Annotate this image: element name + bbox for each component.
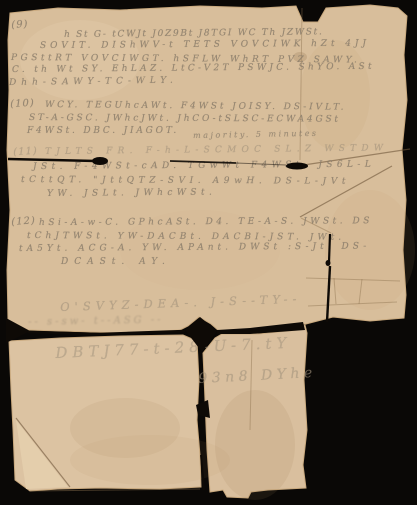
footer-line-1: O'SVYZ-DEA-. J-S--TY--: [60, 292, 302, 314]
majority-annotation: majority. 5 minutes: [193, 129, 319, 140]
section-12-line-3: tA5Yt. ACG-A. YW. APAnt. DWSt :S-Jt. DS-: [19, 242, 370, 254]
section-11-line-1: TJLTS FR. F-h-L-SCMOC SL.Z WSTDW: [45, 143, 388, 157]
section-10-line-2: ST-A-GSC. JWhcJWt. JhCO-tSLSC-ECWA4GSt: [29, 113, 341, 125]
section-12-line-4: DCASt. AY.: [61, 257, 171, 267]
section-11-label: (11): [13, 146, 38, 158]
section-10-label: (10): [10, 98, 35, 110]
section-9-line-2: SOVIT. DIShWV-t TETS VOVCIWK hZt 4JJ: [40, 39, 370, 51]
footer-line-2-smudged: -- s-sw- t--ASG --: [28, 315, 164, 328]
section-9-line-1: h St G- tCWJt J0Z9Bt J8TGI WC Th JZWSt.: [64, 27, 324, 40]
footer-line-4: 93n8 DYhe: [198, 365, 317, 387]
manuscript-photograph: (9) h St G- tCWJt J0Z9Bt J8TGI WC Th JZW…: [0, 0, 417, 505]
section-12-line-1: hSi-A-w-C. GPhcASt. D4. TE-A-S. JWSt. DS: [39, 216, 373, 228]
section-9-line-5: Dhh-SAWY-TC-WLY.: [9, 76, 178, 88]
handwriting-layer: (9) h St G- tCWJt J0Z9Bt J8TGI WC Th JZW…: [0, 0, 417, 505]
section-10-line-1: WCY. TEGUhcAWt. F4WSt JOISY. DS-IVLT.: [45, 100, 347, 113]
section-9-label: (9): [11, 19, 29, 31]
section-9-line-4: C. th Wt SY. EhLAZ. LtC-V2T PSWJC. ShYO.…: [12, 62, 375, 75]
section-11-line-4: YW. JSLt. JWhcWSt.: [47, 188, 216, 199]
footer-line-3: DBTJ77-t-28-U-7.tY: [55, 334, 292, 362]
section-12-label: (12): [11, 215, 36, 228]
section-11-line-2: JSt. F-4WSt-cAD. TGwWt F4WSt. JS6L-L: [33, 160, 375, 172]
section-10-line-3: F4WSt. DBC. JIAGOT.: [27, 126, 179, 136]
section-11-line-3: tCttQT. "JttQTZ-SVI. A9wH. DS-L-JVt: [21, 175, 350, 187]
section-12-line-2: tChJTWSt. YW-DACBt. DACBI-JST. JWt.: [27, 231, 345, 243]
